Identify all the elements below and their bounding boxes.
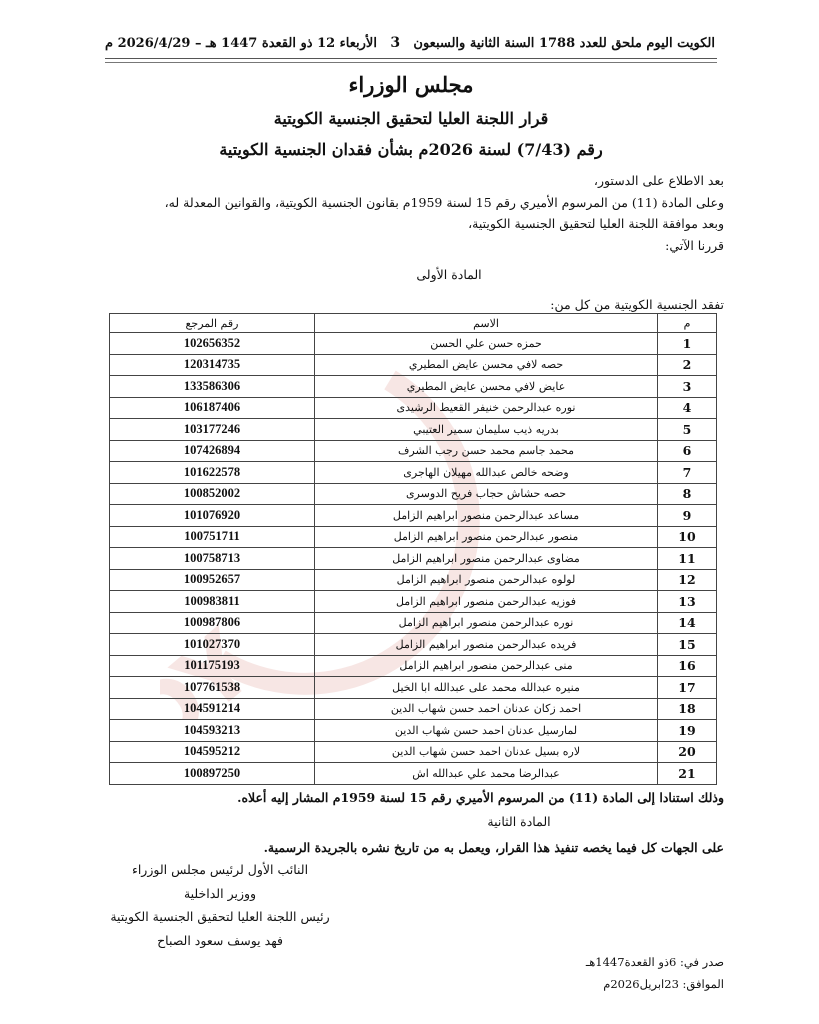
table-row: 14نوره عبدالرحمن منصور ابراهيم الزامل100… (110, 612, 717, 634)
row-reference: 100751711 (110, 526, 315, 548)
row-number: 16 (658, 655, 717, 677)
signature-block: النائب الأول لرئيس مجلس الوزراء ووزير ال… (100, 858, 340, 952)
row-name: منصور عبدالرحمن منصور ابراهيم الزامل (315, 526, 658, 548)
row-number: 21 (658, 763, 717, 785)
row-reference: 100758713 (110, 548, 315, 570)
table-row: 1حمزه حسن علي الحسن102656352 (110, 333, 717, 355)
row-name: مساعد عبدالرحمن منصور ابراهيم الزامل (315, 505, 658, 527)
table-row: 17منيره عبدالله محمد على عبدالله ابا الخ… (110, 677, 717, 699)
header-num: م (658, 314, 717, 333)
row-number: 11 (658, 548, 717, 570)
table-row: 16منى عبدالرحمن منصور ابراهيم الزامل1011… (110, 655, 717, 677)
issue-dates: صدر في: 6ذو القعدة1447هـ الموافق: 23ابري… (586, 951, 724, 995)
title-block: مجلس الوزراء قرار اللجنة العليا لتحقيق ا… (105, 70, 717, 164)
row-name: احمد زكان عدنان احمد حسن شهاب الدين (315, 698, 658, 720)
decision-title: رقم (7/43) لسنة 2026م بشأن فقدان الجنسية… (105, 136, 717, 164)
table-row: 3عايض لافي محسن عايض المطيري133586306 (110, 376, 717, 398)
table-row: 20لاره بسيل عدنان احمد حسن شهاب الدين104… (110, 741, 717, 763)
preamble-line-decided: قررنا الآتي: (84, 235, 724, 257)
legal-basis: وذلك استنادا إلى المادة (11) من المرسوم … (84, 787, 724, 809)
table-row: 12لولوه عبدالرحمن منصور ابراهيم الزامل10… (110, 569, 717, 591)
table-row: 4نوره عبدالرحمن خنيفر القعيط الرشيدى1061… (110, 397, 717, 419)
row-number: 17 (658, 677, 717, 699)
row-name: محمد جاسم محمد حسن رجب الشرف (315, 440, 658, 462)
preamble-line-decree: وعلى المادة (11) من المرسوم الأميري رقم … (84, 192, 724, 214)
row-reference: 100983811 (110, 591, 315, 613)
issue-date: الأربعاء 12 ذو القعدة 1447 هـ – 2026/4/2… (105, 36, 377, 51)
row-reference: 101027370 (110, 634, 315, 656)
page-number: 3 (390, 35, 400, 51)
row-number: 2 (658, 354, 717, 376)
table-row: 18احمد زكان عدنان احمد حسن شهاب الدين104… (110, 698, 717, 720)
row-reference: 102656352 (110, 333, 315, 355)
row-number: 15 (658, 634, 717, 656)
row-number: 1 (658, 333, 717, 355)
table-row: 15فريده عبدالرحمن منصور ابراهيم الزامل10… (110, 634, 717, 656)
preamble: بعد الاطلاع على الدستور، وعلى المادة (11… (84, 170, 724, 315)
row-name: عايض لافي محسن عايض المطيري (315, 376, 658, 398)
article-2-body: على الجهات كل فيما يخصه تنفيذ هذا القرار… (84, 837, 724, 859)
row-name: حمزه حسن علي الحسن (315, 333, 658, 355)
row-name: لولوه عبدالرحمن منصور ابراهيم الزامل (315, 569, 658, 591)
issued-gregorian: الموافق: 23ابريل2026م (586, 973, 724, 995)
row-name: لمارسيل عدنان احمد حسن شهاب الدين (315, 720, 658, 742)
row-reference: 107426894 (110, 440, 315, 462)
signatory-title-1: النائب الأول لرئيس مجلس الوزراء (100, 858, 340, 882)
row-reference: 107761538 (110, 677, 315, 699)
row-reference: 100852002 (110, 483, 315, 505)
row-reference: 133586306 (110, 376, 315, 398)
table-row: 19لمارسيل عدنان احمد حسن شهاب الدين10459… (110, 720, 717, 742)
row-number: 8 (658, 483, 717, 505)
table-row: 10منصور عبدالرحمن منصور ابراهيم الزامل10… (110, 526, 717, 548)
row-number: 19 (658, 720, 717, 742)
table-row: 21عبدالرضا محمد علي عبدالله اش100897250 (110, 763, 717, 785)
row-number: 7 (658, 462, 717, 484)
row-number: 4 (658, 397, 717, 419)
row-number: 9 (658, 505, 717, 527)
table-header-row: م الاسم رقم المرجع (110, 314, 717, 333)
row-reference: 101175193 (110, 655, 315, 677)
table-row: 9مساعد عبدالرحمن منصور ابراهيم الزامل101… (110, 505, 717, 527)
table-row: 11مضاوى عبدالرحمن منصور ابراهيم الزامل10… (110, 548, 717, 570)
header-name: الاسم (315, 314, 658, 333)
row-number: 13 (658, 591, 717, 613)
table-row: 6محمد جاسم محمد حسن رجب الشرف107426894 (110, 440, 717, 462)
row-number: 14 (658, 612, 717, 634)
signatory-name: فهد يوسف سعود الصباح (100, 929, 340, 953)
row-reference: 104593213 (110, 720, 315, 742)
row-reference: 100987806 (110, 612, 315, 634)
header-ref: رقم المرجع (110, 314, 315, 333)
row-reference: 100897250 (110, 763, 315, 785)
row-reference: 104591214 (110, 698, 315, 720)
row-reference: 100952657 (110, 569, 315, 591)
table-row: 8حصه حشاش حجاب فريح الدوسرى100852002 (110, 483, 717, 505)
row-number: 18 (658, 698, 717, 720)
row-number: 10 (658, 526, 717, 548)
row-name: لاره بسيل عدنان احمد حسن شهاب الدين (315, 741, 658, 763)
row-name: منيره عبدالله محمد على عبدالله ابا الخيل (315, 677, 658, 699)
row-name: فريده عبدالرحمن منصور ابراهيم الزامل (315, 634, 658, 656)
signatory-title-2: ووزير الداخلية (100, 882, 340, 906)
signatory-title-3: رئيس اللجنة العليا لتحقيق الجنسية الكويت… (100, 905, 340, 929)
row-reference: 101622578 (110, 462, 315, 484)
row-name: وضحه خالص عبدالله مهيلان الهاجرى (315, 462, 658, 484)
row-number: 3 (658, 376, 717, 398)
row-name: مضاوى عبدالرحمن منصور ابراهيم الزامل (315, 548, 658, 570)
row-reference: 104595212 (110, 741, 315, 763)
row-name: منى عبدالرحمن منصور ابراهيم الزامل (315, 655, 658, 677)
row-name: فوزيه عبدالرحمن منصور ابراهيم الزامل (315, 591, 658, 613)
row-name: نوره عبدالرحمن خنيفر القعيط الرشيدى (315, 397, 658, 419)
row-reference: 101076920 (110, 505, 315, 527)
article-1-intro: تفقد الجنسية الكويتية من كل من: (84, 294, 724, 316)
table-row: 13فوزيه عبدالرحمن منصور ابراهيم الزامل10… (110, 591, 717, 613)
publication-info: الكويت اليوم ملحق للعدد 1788 السنة الثان… (413, 36, 715, 51)
row-reference: 106187406 (110, 397, 315, 419)
row-name: عبدالرضا محمد علي عبدالله اش (315, 763, 658, 785)
article-2-title: المادة الثانية (84, 811, 724, 833)
issued-hijri: صدر في: 6ذو القعدة1447هـ (586, 951, 724, 973)
preamble-line-approval: وبعد موافقة اللجنة العليا لتحقيق الجنسية… (84, 213, 724, 235)
citizenship-loss-table: م الاسم رقم المرجع 1حمزه حسن علي الحسن10… (109, 313, 717, 785)
row-number: 6 (658, 440, 717, 462)
table-row: 5بدريه ذيب سليمان سمير العتيبي103177246 (110, 419, 717, 441)
row-name: حصه لافي محسن عايض المطيري (315, 354, 658, 376)
row-name: نوره عبدالرحمن منصور ابراهيم الزامل (315, 612, 658, 634)
committee-title: قرار اللجنة العليا لتحقيق الجنسية الكويت… (105, 106, 717, 132)
article-1-title: المادة الأولى (84, 264, 724, 286)
row-number: 12 (658, 569, 717, 591)
preamble-line-constitution: بعد الاطلاع على الدستور، (84, 170, 724, 192)
table-row: 2حصه لافي محسن عايض المطيري120314735 (110, 354, 717, 376)
row-number: 5 (658, 419, 717, 441)
row-number: 20 (658, 741, 717, 763)
row-reference: 103177246 (110, 419, 315, 441)
table-row: 7وضحه خالص عبدالله مهيلان الهاجرى1016225… (110, 462, 717, 484)
row-name: حصه حشاش حجاب فريح الدوسرى (315, 483, 658, 505)
closing-section: وذلك استنادا إلى المادة (11) من المرسوم … (84, 787, 724, 859)
council-title: مجلس الوزراء (105, 70, 717, 100)
row-name: بدريه ذيب سليمان سمير العتيبي (315, 419, 658, 441)
page-header: الكويت اليوم ملحق للعدد 1788 السنة الثان… (105, 30, 715, 56)
row-reference: 120314735 (110, 354, 315, 376)
header-divider (105, 58, 717, 63)
